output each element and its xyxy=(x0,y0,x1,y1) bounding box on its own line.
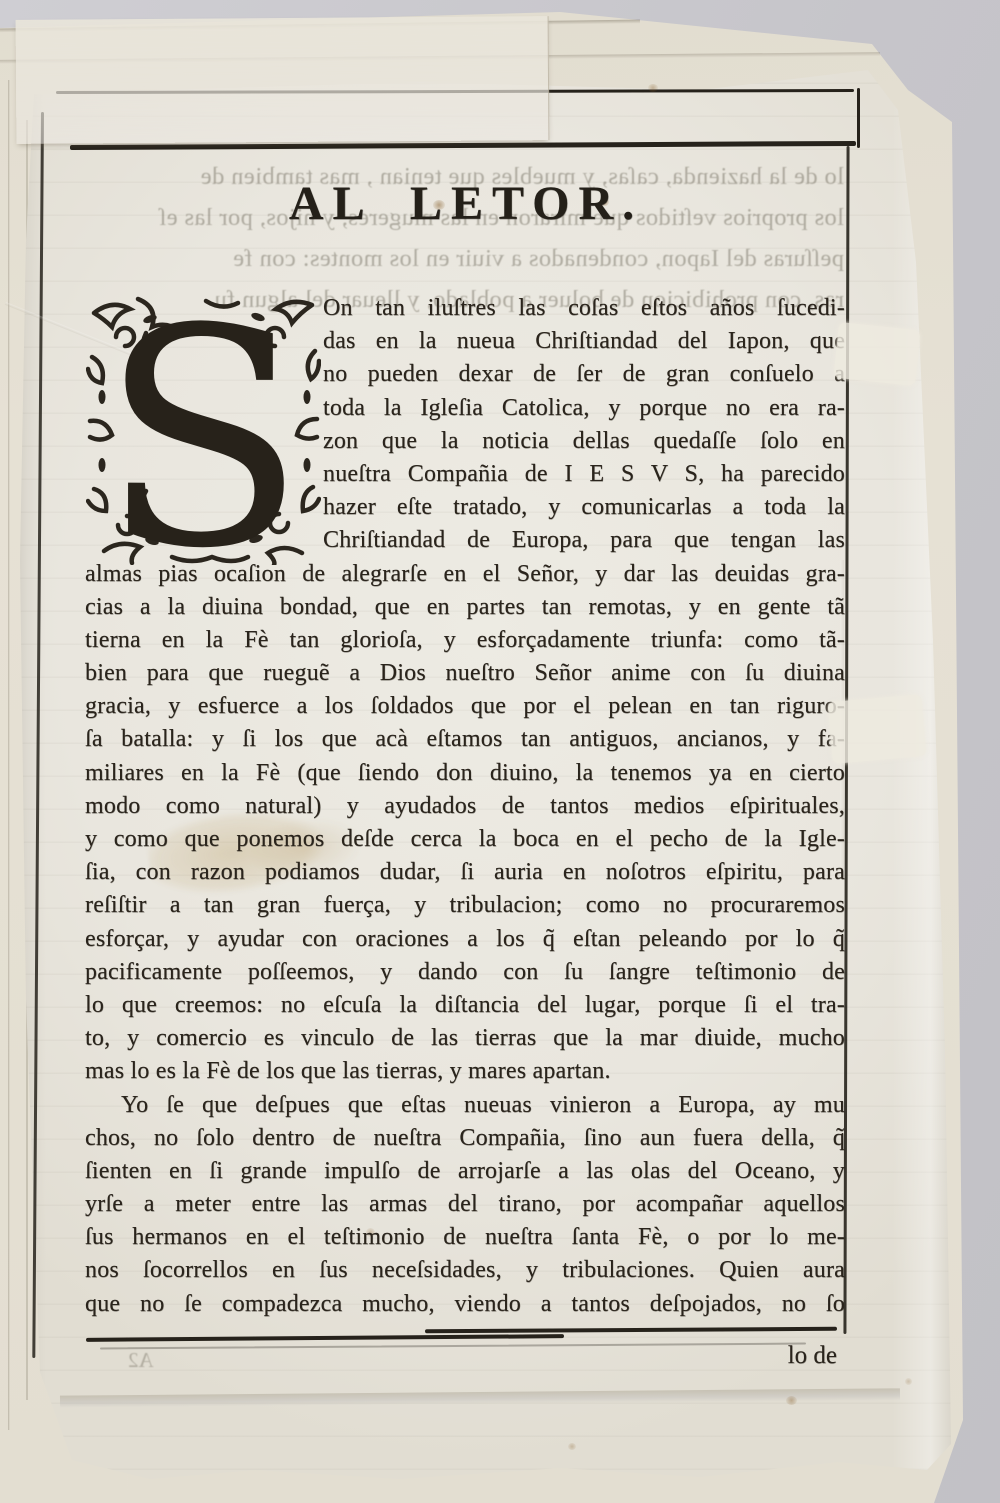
repair-patch xyxy=(827,694,926,764)
text-line: Chriſtiandad de Europa, para que tengan … xyxy=(323,524,845,557)
text-line: pacificamente poſſeemos, y dando con ſu … xyxy=(85,956,845,989)
text-line: Yo ſe que deſpues que eſtas nueuas vinie… xyxy=(85,1089,845,1122)
text-line: lo que creemos: no eſcuſa la diſtancia d… xyxy=(85,989,845,1022)
page-edge-seam xyxy=(8,80,10,1430)
text-line: no pueden dexar de ſer de gran conſuelo … xyxy=(323,358,845,391)
text-line: nueſtra Compañia de I E S V S, ha pareci… xyxy=(323,458,845,491)
text-line: chos, no ſolo dentro de nueſtra Compañia… xyxy=(85,1122,845,1155)
text-line: toda la Igleſia Catolica, y porque no er… xyxy=(323,392,845,425)
text-line: bien para que rueguẽ a Dios nueſtro Seño… xyxy=(85,657,845,690)
page-title: AL LETOR. xyxy=(85,176,847,231)
text-line: reſiſtir a tan gran fuerça, y tribulacio… xyxy=(85,889,845,922)
foxing-dot xyxy=(786,1396,797,1405)
text-line: cias a la diuina bondad, que en partes t… xyxy=(85,591,845,624)
text-line: On tan iluſtres las coſas eſtos años ſuc… xyxy=(323,292,845,325)
frame-rule-right-stub xyxy=(857,88,860,148)
foxing-dot xyxy=(905,1378,912,1385)
text-line: esforçar, y ayudar con oraciones a los q… xyxy=(85,923,845,956)
repair-patch xyxy=(833,322,920,386)
text-line: modo como natural) y ayudados de tantos … xyxy=(85,790,845,823)
page-fold-corner xyxy=(16,16,550,144)
text-line: zon que la noticia dellas quedaſſe ſolo … xyxy=(323,425,845,458)
text-line: yrſe a meter entre las armas del tirano,… xyxy=(85,1188,845,1221)
text-line: mas lo es la Fè de los que las tierras, … xyxy=(85,1055,845,1088)
text-line: to, y comercio es vinculo de las tierras… xyxy=(85,1022,845,1055)
text-line: hazer eſte tratado, y comunicarlas a tod… xyxy=(323,491,845,524)
bleedthrough-line: peſſuras del Iapon, condenados a viuir e… xyxy=(88,238,844,279)
text-line: almas pias ocaſion de alegrarſe en el Se… xyxy=(85,558,845,591)
text-line: miliares en la Fè (que ſiendo don diuino… xyxy=(85,757,845,790)
catchword: lo de xyxy=(85,1342,837,1370)
text-line: y como que ponemos deſde cerca la boca e… xyxy=(85,823,845,856)
text-line: gracia, y esfuerce a los ſoldados que po… xyxy=(85,690,845,723)
text-line: tierna en la Fè tan glorioſa, y esforçad… xyxy=(85,624,845,657)
text-line: ſia, con razon podiamos dudar, ſi auria … xyxy=(85,856,845,889)
foxing-dot xyxy=(648,84,658,92)
foxing-dot xyxy=(568,1443,576,1450)
text-line: das en la nueua Chriſtiandad del Iapon, … xyxy=(323,325,845,358)
text-line: nos ſocorrellos en ſus neceſsidades, y t… xyxy=(85,1254,845,1287)
text-line: ſa batalla: y ſi los que acà eſtamos tan… xyxy=(85,723,845,756)
text-line: ſienten en ſi grande impulſo de arrojarſ… xyxy=(85,1155,845,1188)
body-text: On tan iluſtres las coſas eſtos años ſuc… xyxy=(85,292,845,1321)
photo-backdrop: lo de la hazienda, caſas, y muebles que … xyxy=(0,0,1000,1503)
text-line: ſus hermanos en el teſtimonio de nueſtra… xyxy=(85,1221,845,1254)
text-line: que no ſe compadezca mucho, viendo a tan… xyxy=(85,1288,845,1321)
